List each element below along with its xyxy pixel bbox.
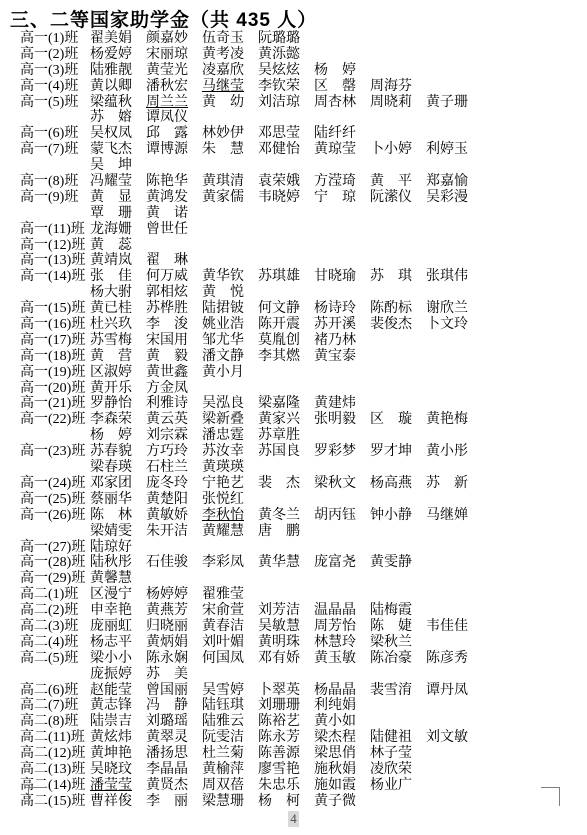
student-name: 廖雪艳	[258, 762, 314, 778]
student-name: 杨高燕	[370, 476, 426, 492]
student-name: 黄小彤	[426, 444, 482, 460]
student-name: 梁慧珊	[202, 794, 258, 810]
roster-row: 高二(3)班庞丽虹归晓丽黄春洁吴敏慧周芳怡陈 婕韦佳佳	[20, 619, 587, 635]
student-name: 陈酌标	[370, 301, 426, 317]
roster-row: 高一(27)班陆琼好	[20, 540, 587, 556]
student-name: 黄耀慧	[202, 524, 258, 540]
student-name: 苏桦胜	[146, 301, 202, 317]
student-name: 石佳骏	[146, 555, 202, 571]
roster-row: 梁婧雯朱开洁黄耀慧唐 鹏	[20, 524, 587, 540]
student-name: 梁秋文	[314, 476, 370, 492]
student-name: 宁艳艺	[202, 476, 258, 492]
page-title: 三、二等国家助学金（共 435 人）	[10, 5, 317, 32]
student-name: 李森荣	[90, 412, 146, 428]
page-footer: 4	[0, 810, 587, 828]
student-name: 赵能莹	[90, 683, 146, 699]
student-name: 庞富尧	[314, 555, 370, 571]
student-name: 黄 毅	[146, 349, 202, 365]
student-name: 宋国用	[146, 333, 202, 349]
roster-row: 高二(5)班梁小小陈永娴何国凤邓有娇黄玉敏陈冶豪陈彦秀	[20, 651, 587, 667]
student-name: 黄炫炜	[90, 730, 146, 746]
roster-row: 杨 婷刘宗霖潘忠霆苏章胜	[20, 428, 587, 444]
student-name: 陆健祖	[370, 730, 426, 746]
student-name: 吴泓良	[202, 396, 258, 412]
student-name: 杨 婷	[314, 63, 370, 79]
student-name: 裴俊杰	[370, 317, 426, 333]
student-name: 邓思莹	[258, 126, 314, 142]
roster-row: 高一(17)班苏雪梅宋国用邹尤华莫胤创褚乃林	[20, 333, 587, 349]
class-label: 高一(7)班	[20, 142, 90, 158]
roster-row: 高二(4)班杨志平黄炳娟刘叶媚黄明珠林慧玲梁秋兰	[20, 635, 587, 651]
student-name: 刘洁琼	[258, 95, 314, 111]
student-name: 黄小月	[202, 365, 258, 381]
student-name: 黄玉敏	[314, 651, 370, 667]
class-label: 高二(1)班	[20, 587, 90, 603]
student-name: 吴雪婷	[202, 683, 258, 699]
student-name: 区 璇	[370, 412, 426, 428]
student-name: 陈永芳	[258, 730, 314, 746]
roster-row: 高二(11)班黄炫炜黄翠灵阮雯洁陈永芳梁杰程陆健祖刘文敏	[20, 730, 587, 746]
student-name: 袁荣娥	[258, 174, 314, 190]
roster-row: 高一(12)班黄 蕊	[20, 238, 587, 254]
student-name: 周海芬	[370, 79, 426, 95]
student-name: 张明毅	[314, 412, 370, 428]
student-name: 邓健怡	[258, 142, 314, 158]
roster-row: 高一(22)班李森荣黄云英梁新叠黄家兴张明毅区 璇黄艳梅	[20, 412, 587, 428]
roster-row: 高二(8)班陆崇吉刘璐瑶陆雅云陈裕艺黄小如	[20, 714, 587, 730]
student-name: 施如霞	[314, 778, 370, 794]
student-name: 黄坤艳	[90, 746, 146, 762]
student-name: 刘璐瑶	[146, 714, 202, 730]
student-name: 陈彦秀	[426, 651, 482, 667]
text-boundary-corner-left	[28, 787, 47, 806]
student-name: 林子莹	[370, 746, 426, 762]
roster-row: 高一(23)班苏春貌方巧玲苏汝幸苏国良罗彩梦罗才坤黄小彤	[20, 444, 587, 460]
class-label: 高一(11)班	[20, 222, 90, 238]
roster-row: 高二(12)班黄坤艳潘扬思杜兰菊陈善源梁思俏林子莹	[20, 746, 587, 762]
student-name: 谭丹凤	[426, 683, 482, 699]
roster-row: 高二(13)班吴晓玟李晶晶黄榆萍廖雪艳施秋娟凌欣荣	[20, 762, 587, 778]
student-name: 翟美娟	[90, 31, 146, 47]
student-name: 黄冬兰	[258, 508, 314, 524]
student-name: 马继婵	[426, 508, 482, 524]
roster-row: 高二(1)班区漫宁杨婷婷翟雅莹	[20, 587, 587, 603]
student-name: 黄琼莹	[314, 142, 370, 158]
student-name: 梁杰程	[314, 730, 370, 746]
student-name: 陆雅靓	[90, 63, 146, 79]
student-name: 杜兰菊	[202, 746, 258, 762]
student-name: 陆崇吉	[90, 714, 146, 730]
class-label: 高一(14)班	[20, 269, 90, 285]
student-name: 方滢琦	[314, 174, 370, 190]
class-label: 高一(28)班	[20, 555, 90, 571]
student-name: 杨业广	[370, 778, 426, 794]
document-page: 三、二等国家助学金（共 435 人） 高一(1)班翟美娟颜嘉妙伍奇玉阮璐璐高一(…	[0, 0, 587, 835]
roster-row: 高一(4)班黄以卿潘秋宏马继莹李钦荣区 罄周海芬	[20, 79, 587, 95]
roster-row: 高二(6)班赵能莹曾国丽吴雪婷卜翠英杨晶晶裴雪淯谭丹凤	[20, 683, 587, 699]
class-label: 高一(20)班	[20, 381, 90, 397]
class-label: 高二(8)班	[20, 714, 90, 730]
roster-row: 高一(8)班冯耀莹陈艳华黄琪清袁荣娥方滢琦黄 平郑嘉愉	[20, 174, 587, 190]
roster: 高一(1)班翟美娟颜嘉妙伍奇玉阮璐璐高一(2)班杨爱婷宋丽琼黄考凌黄泺懿高一(3…	[20, 31, 587, 810]
student-name: 苏雪梅	[90, 333, 146, 349]
student-name: 杨爱婷	[90, 47, 146, 63]
student-name: 裴雪淯	[370, 683, 426, 699]
student-name: 黄泺懿	[258, 47, 314, 63]
student-name: 罗静怡	[90, 396, 146, 412]
student-name: 黄楚阳	[146, 492, 202, 508]
student-name: 刘宗霖	[146, 428, 202, 444]
student-name: 黄鸿发	[146, 190, 202, 206]
student-name: 庞丽虹	[90, 619, 146, 635]
class-label: 高二(2)班	[20, 603, 90, 619]
student-name: 邓有娇	[258, 651, 314, 667]
roster-row: 高一(9)班黄 显黄鸿发黄家儒韦晓婷宁 琼阮潆仪吴彩漫	[20, 190, 587, 206]
student-name: 郭相炫	[146, 285, 202, 301]
student-name: 区漫宁	[90, 587, 146, 603]
student-name: 黄已桂	[90, 301, 146, 317]
student-name: 杨诗玲	[314, 301, 370, 317]
class-label: 高一(8)班	[20, 174, 90, 190]
student-name: 潘扬思	[146, 746, 202, 762]
student-name: 陆捃铍	[202, 301, 258, 317]
student-name: 黄 平	[370, 174, 426, 190]
student-name: 黄华慧	[258, 555, 314, 571]
student-name: 黄莹光	[146, 63, 202, 79]
student-name: 利雅诗	[146, 396, 202, 412]
student-name: 姚业浩	[202, 317, 258, 333]
class-label: 高一(21)班	[20, 396, 90, 412]
student-name: 何万威	[146, 269, 202, 285]
student-name: 翟雅莹	[202, 587, 258, 603]
class-label: 高一(12)班	[20, 238, 90, 254]
roster-row: 高一(24)班邓家团庞冬玲宁艳艺裴 杰梁秋文杨高燕苏 新	[20, 476, 587, 492]
student-name: 陈永娴	[146, 651, 202, 667]
student-name: 黄 显	[90, 190, 146, 206]
class-label: 高二(4)班	[20, 635, 90, 651]
student-name: 陈艳华	[146, 174, 202, 190]
student-name: 马继莹	[202, 79, 258, 95]
student-name: 郑嘉愉	[426, 174, 482, 190]
student-name: 李钦荣	[258, 79, 314, 95]
class-label: 高二(7)班	[20, 698, 90, 714]
student-name: 利婷玉	[426, 142, 482, 158]
student-name: 苏开溪	[314, 317, 370, 333]
student-name: 庞振婷	[90, 667, 146, 683]
student-name: 潘莹莹	[90, 778, 146, 794]
student-name: 梁春瑛	[90, 460, 146, 476]
student-name: 周双蓓	[202, 778, 258, 794]
student-name: 黄翠灵	[146, 730, 202, 746]
student-name: 周兰兰	[146, 95, 202, 111]
student-name: 黄 幼	[202, 95, 258, 111]
student-name: 卜小婷	[370, 142, 426, 158]
roster-row: 高一(18)班黄 营黄 毅潘文静李其燃黄宝泰	[20, 349, 587, 365]
roster-row: 高二(2)班申幸艳黄燕芳宋俞萱刘芳洁温晶晶陆梅霞	[20, 603, 587, 619]
student-name: 黄琪清	[202, 174, 258, 190]
student-name: 苏章胜	[258, 428, 314, 444]
class-label: 高一(16)班	[20, 317, 90, 333]
student-name: 庞冬玲	[146, 476, 202, 492]
class-label: 高一(6)班	[20, 126, 90, 142]
class-label: 高一(2)班	[20, 47, 90, 63]
student-name: 陆梅霞	[370, 603, 426, 619]
student-name: 黄子珊	[426, 95, 482, 111]
student-name: 甘晓瑜	[314, 269, 370, 285]
student-name: 张悦红	[202, 492, 258, 508]
student-name: 陈 婕	[370, 619, 426, 635]
student-name: 冯耀莹	[90, 174, 146, 190]
student-name: 陆纤纤	[314, 126, 370, 142]
student-name: 曹祥俊	[90, 794, 146, 810]
roster-row: 高二(14)班潘莹莹黄贤杰周双蓓朱忠乐施如霞杨业广	[20, 778, 587, 794]
student-name: 苏 嫆	[90, 110, 146, 126]
student-name: 黄开乐	[90, 381, 146, 397]
student-name: 苏汝幸	[202, 444, 258, 460]
student-name: 何文静	[258, 301, 314, 317]
student-name: 梁嘉隆	[258, 396, 314, 412]
student-name: 黄志锋	[90, 698, 146, 714]
student-name: 归晓丽	[146, 619, 202, 635]
student-name: 韦佳佳	[426, 619, 482, 635]
student-name: 谢欣兰	[426, 301, 482, 317]
roster-row: 高一(26)班陈 林黄敏娇李秋怡黄冬兰胡丙钰钟小静马继婵	[20, 508, 587, 524]
student-name: 刘芳洁	[258, 603, 314, 619]
student-name: 杨婷婷	[146, 587, 202, 603]
student-name: 阮雯洁	[202, 730, 258, 746]
student-name: 邱 露	[146, 126, 202, 142]
roster-row: 梁春瑛石柱兰黄瑛瑛	[20, 460, 587, 476]
roster-row: 高一(16)班杜兴玖李 浚姚业浩陈开震苏开溪裴俊杰卜文玲	[20, 317, 587, 333]
student-name: 黄小如	[314, 714, 370, 730]
student-name: 黄以卿	[90, 79, 146, 95]
student-name: 宋丽琼	[146, 47, 202, 63]
student-name: 莫胤创	[258, 333, 314, 349]
student-name: 颜嘉妙	[146, 31, 202, 47]
student-name: 吴 坤	[90, 158, 146, 174]
student-name: 周杏林	[314, 95, 370, 111]
student-name: 伍奇玉	[202, 31, 258, 47]
student-name: 杨 婷	[90, 428, 146, 444]
class-label: 高一(5)班	[20, 95, 90, 111]
student-name: 周芳怡	[314, 619, 370, 635]
student-name: 黄艳梅	[426, 412, 482, 428]
student-name: 冯 静	[146, 698, 202, 714]
roster-row: 庞振婷苏 美	[20, 667, 587, 683]
student-name: 杨 柯	[258, 794, 314, 810]
student-name: 黄 蕊	[90, 238, 146, 254]
class-label: 高一(17)班	[20, 333, 90, 349]
class-label: 高一(13)班	[20, 253, 90, 269]
roster-row: 杨大驸郭相炫黄 悦	[20, 285, 587, 301]
student-name: 李 丽	[146, 794, 202, 810]
student-name: 裴 杰	[258, 476, 314, 492]
class-label: 高一(18)班	[20, 349, 90, 365]
student-name: 宋俞萱	[202, 603, 258, 619]
class-label: 高二(6)班	[20, 683, 90, 699]
student-name: 温晶晶	[314, 603, 370, 619]
student-name: 区淑婷	[90, 365, 146, 381]
student-name: 阮潆仪	[370, 190, 426, 206]
roster-row: 高一(13)班黄靖岚翟 琳	[20, 253, 587, 269]
class-label: 高一(9)班	[20, 190, 90, 206]
student-name: 陆秋彤	[90, 555, 146, 571]
roster-row: 高一(19)班区淑婷黄世鑫黄小月	[20, 365, 587, 381]
student-name: 黄明珠	[258, 635, 314, 651]
student-name: 唐 鹏	[258, 524, 314, 540]
student-name: 苏 琪	[370, 269, 426, 285]
roster-row: 高一(14)班张 佳何万威黄华钦苏琪雄甘晓瑜苏 琪张琪伟	[20, 269, 587, 285]
student-name: 梁思俏	[314, 746, 370, 762]
student-name: 杜兴玖	[90, 317, 146, 333]
student-name: 李 浚	[146, 317, 202, 333]
class-label: 高二(5)班	[20, 651, 90, 667]
roster-row: 高一(5)班梁蕴秋周兰兰黄 幼刘洁琼周杏林周晓莉黄子珊	[20, 95, 587, 111]
roster-row: 高一(21)班罗静怡利雅诗吴泓良梁嘉隆黄建炜	[20, 396, 587, 412]
student-name: 陈开震	[258, 317, 314, 333]
student-name: 黄华钦	[202, 269, 258, 285]
student-name: 梁蕴秋	[90, 95, 146, 111]
roster-row: 高一(20)班黄开乐方金凤	[20, 381, 587, 397]
student-name: 陆琼好	[90, 540, 146, 556]
student-name: 黄云英	[146, 412, 202, 428]
student-name: 陈冶豪	[370, 651, 426, 667]
roster-row: 高一(7)班蒙飞杰谭博源朱 慧邓健怡黄琼莹卜小婷利婷玉	[20, 142, 587, 158]
roster-row: 覃 珊黄 诺	[20, 206, 587, 222]
class-label: 高一(4)班	[20, 79, 90, 95]
roster-row: 高一(25)班蔡丽华黄楚阳张悦红	[20, 492, 587, 508]
student-name: 李秋怡	[202, 508, 258, 524]
student-name: 凌欣荣	[370, 762, 426, 778]
student-name: 黄瑛瑛	[202, 460, 258, 476]
student-name: 潘秋宏	[146, 79, 202, 95]
student-name: 蔡丽华	[90, 492, 146, 508]
student-name: 周晓莉	[370, 95, 426, 111]
class-label: 高二(13)班	[20, 762, 90, 778]
student-name: 吴敏慧	[258, 619, 314, 635]
class-label: 高一(25)班	[20, 492, 90, 508]
student-name: 刘文敏	[426, 730, 482, 746]
roster-row: 高一(15)班黄已桂苏桦胜陆捃铍何文静杨诗玲陈酌标谢欣兰	[20, 301, 587, 317]
roster-row: 高一(1)班翟美娟颜嘉妙伍奇玉阮璐璐	[20, 31, 587, 47]
student-name: 梁婧雯	[90, 524, 146, 540]
student-name: 黄 诺	[146, 206, 202, 222]
student-name: 黄宝泰	[314, 349, 370, 365]
student-name: 黄榆萍	[202, 762, 258, 778]
student-name: 梁秋兰	[370, 635, 426, 651]
student-name: 方巧玲	[146, 444, 202, 460]
student-name: 黄雯静	[370, 555, 426, 571]
student-name: 苏国良	[258, 444, 314, 460]
roster-row: 高一(2)班杨爱婷宋丽琼黄考凌黄泺懿	[20, 47, 587, 63]
class-label: 高一(3)班	[20, 63, 90, 79]
student-name: 刘珊珊	[258, 698, 314, 714]
student-name: 利纯娟	[314, 698, 370, 714]
student-name: 卜文玲	[426, 317, 482, 333]
roster-row: 高一(11)班龙海姗曾世任	[20, 222, 587, 238]
student-name: 梁新叠	[202, 412, 258, 428]
student-name: 黄世鑫	[146, 365, 202, 381]
class-label: 高一(24)班	[20, 476, 90, 492]
roster-row: 高二(7)班黄志锋冯 静陆钰琪刘珊珊利纯娟	[20, 698, 587, 714]
class-label: 高二(11)班	[20, 730, 90, 746]
student-name: 钟小静	[370, 508, 426, 524]
student-name: 刘叶媚	[202, 635, 258, 651]
student-name: 朱忠乐	[258, 778, 314, 794]
class-label: 高一(26)班	[20, 508, 90, 524]
student-name: 翟 琳	[146, 253, 202, 269]
student-name: 阮璐璐	[258, 31, 314, 47]
student-name: 梁小小	[90, 651, 146, 667]
student-name: 曾世任	[146, 222, 202, 238]
student-name: 邓家团	[90, 476, 146, 492]
student-name: 苏春貌	[90, 444, 146, 460]
student-name: 韦晓婷	[258, 190, 314, 206]
page-number-badge: 4	[288, 811, 299, 827]
class-label: 高二(12)班	[20, 746, 90, 762]
roster-row: 高二(15)班曹祥俊李 丽梁慧珊杨 柯黄子微	[20, 794, 587, 810]
student-name: 黄贤杰	[146, 778, 202, 794]
student-name: 黄馨慧	[90, 571, 146, 587]
student-name: 吴晓玟	[90, 762, 146, 778]
student-name: 罗才坤	[370, 444, 426, 460]
student-name: 罗彩梦	[314, 444, 370, 460]
student-name: 覃 珊	[90, 206, 146, 222]
student-name: 凌嘉欣	[202, 63, 258, 79]
student-name: 谭凤仪	[146, 110, 202, 126]
class-label: 高二(3)班	[20, 619, 90, 635]
class-label: 高一(23)班	[20, 444, 90, 460]
student-name: 林妙伊	[202, 126, 258, 142]
text-boundary-corner-right	[541, 787, 560, 806]
student-name: 张琪伟	[426, 269, 482, 285]
student-name: 石柱兰	[146, 460, 202, 476]
student-name: 卜翠英	[258, 683, 314, 699]
roster-row: 高一(6)班吴权凤邱 露林妙伊邓思莹陆纤纤	[20, 126, 587, 142]
student-name: 苏琪雄	[258, 269, 314, 285]
student-name: 黄靖岚	[90, 253, 146, 269]
roster-row: 吴 坤	[20, 158, 587, 174]
student-name: 陈裕艺	[258, 714, 314, 730]
student-name: 黄建炜	[314, 396, 370, 412]
class-label: 高一(1)班	[20, 31, 90, 47]
student-name: 朱开洁	[146, 524, 202, 540]
student-name: 杨志平	[90, 635, 146, 651]
student-name: 陆雅云	[202, 714, 258, 730]
student-name: 黄家兴	[258, 412, 314, 428]
class-label: 高一(29)班	[20, 571, 90, 587]
student-name: 潘忠霆	[202, 428, 258, 444]
class-label: 高一(19)班	[20, 365, 90, 381]
student-name: 蒙飞杰	[90, 142, 146, 158]
roster-row: 苏 嫆谭凤仪	[20, 110, 587, 126]
student-name: 陈善源	[258, 746, 314, 762]
student-name: 吴炫炫	[258, 63, 314, 79]
student-name: 黄春洁	[202, 619, 258, 635]
student-name: 黄敏娇	[146, 508, 202, 524]
student-name: 朱 慧	[202, 142, 258, 158]
student-name: 杨大驸	[90, 285, 146, 301]
student-name: 吴权凤	[90, 126, 146, 142]
student-name: 谭博源	[146, 142, 202, 158]
student-name: 黄考凌	[202, 47, 258, 63]
student-name: 陈 林	[90, 508, 146, 524]
class-label: 高一(27)班	[20, 540, 90, 556]
student-name: 黄家儒	[202, 190, 258, 206]
student-name: 杨晶晶	[314, 683, 370, 699]
student-name: 曾国丽	[146, 683, 202, 699]
student-name: 宁 琼	[314, 190, 370, 206]
